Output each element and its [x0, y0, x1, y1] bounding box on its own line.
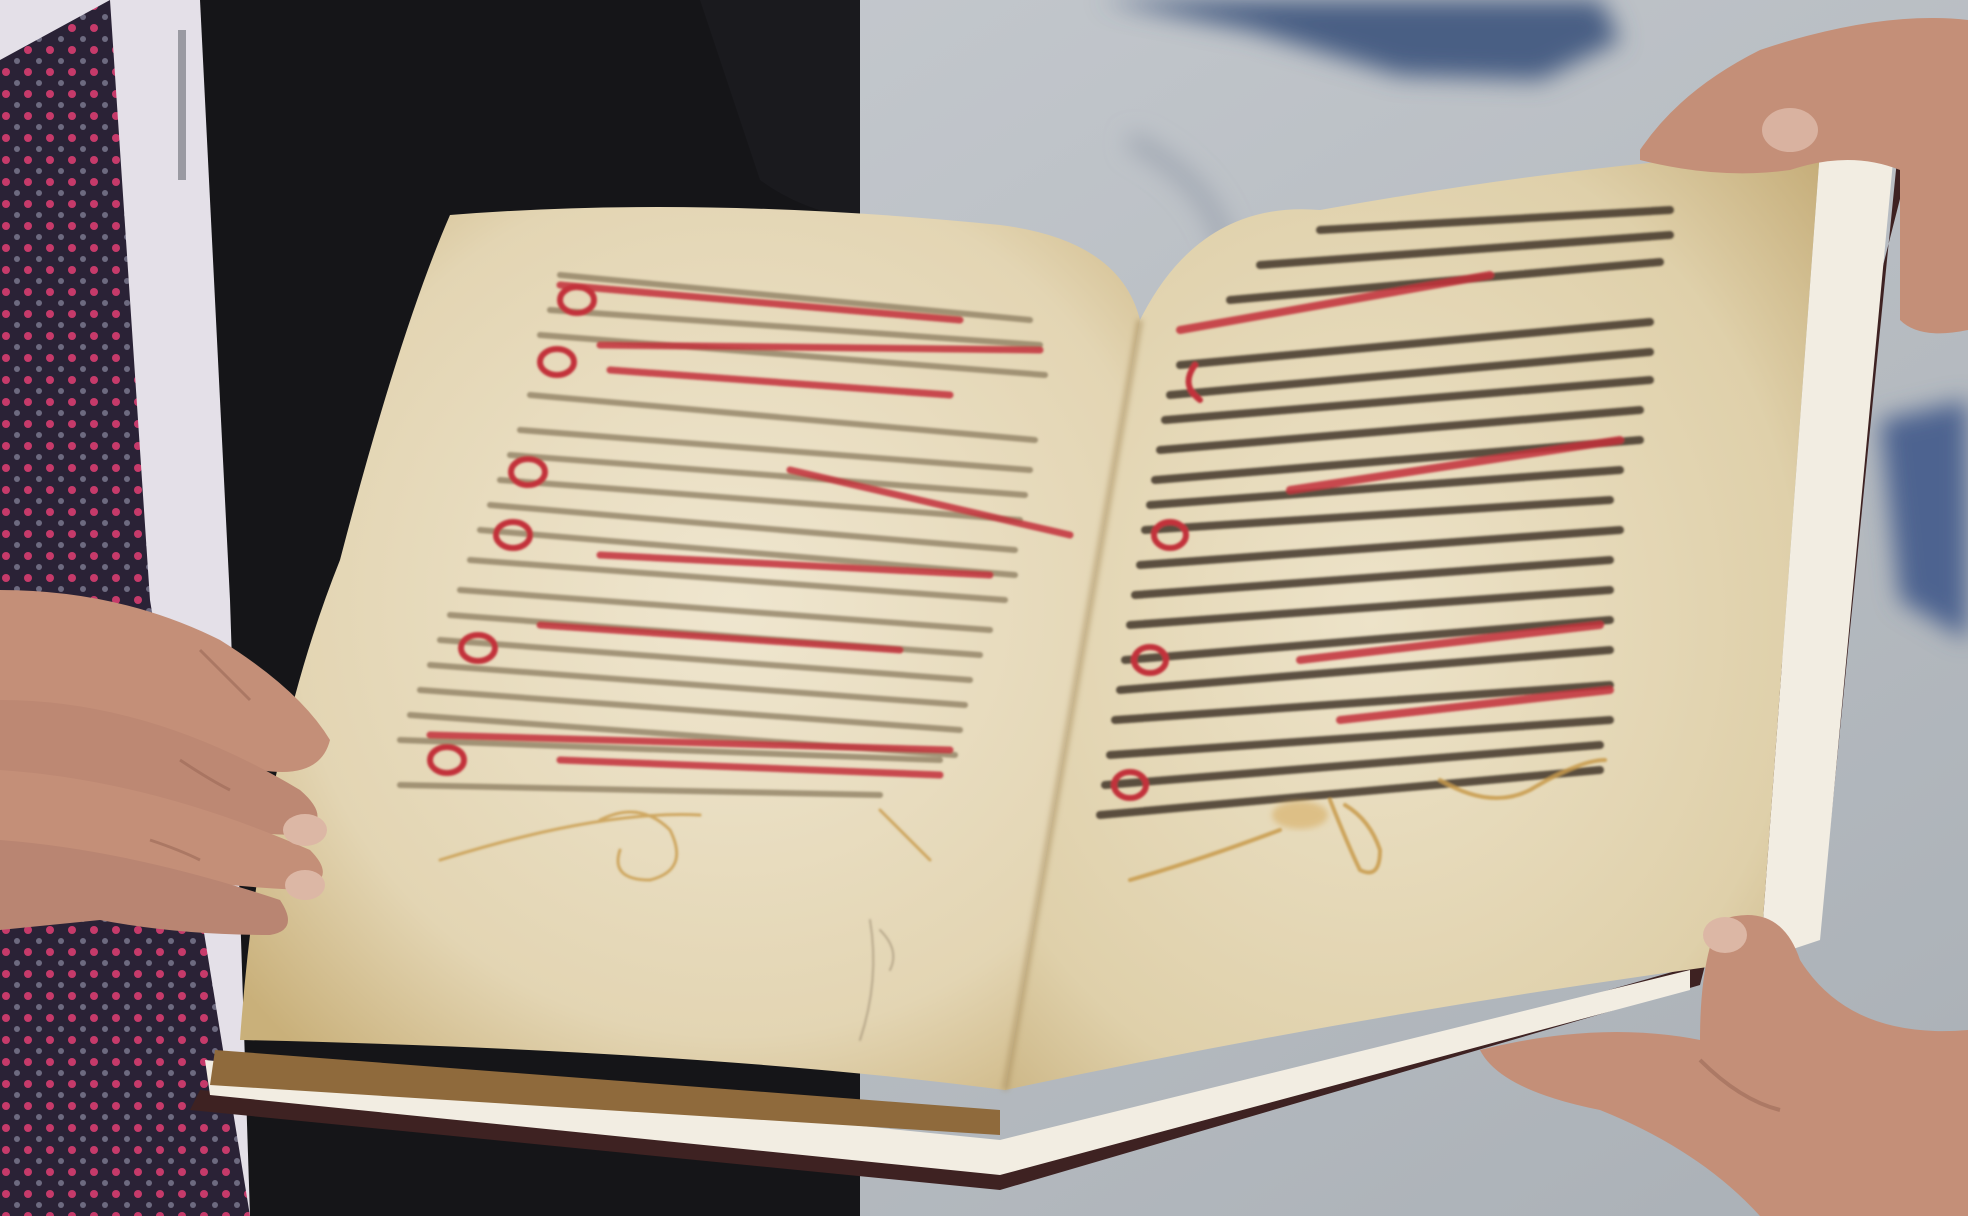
manuscript-photo — [0, 0, 1968, 1216]
photo-scene — [0, 0, 1968, 1216]
pen-clip — [178, 30, 186, 180]
